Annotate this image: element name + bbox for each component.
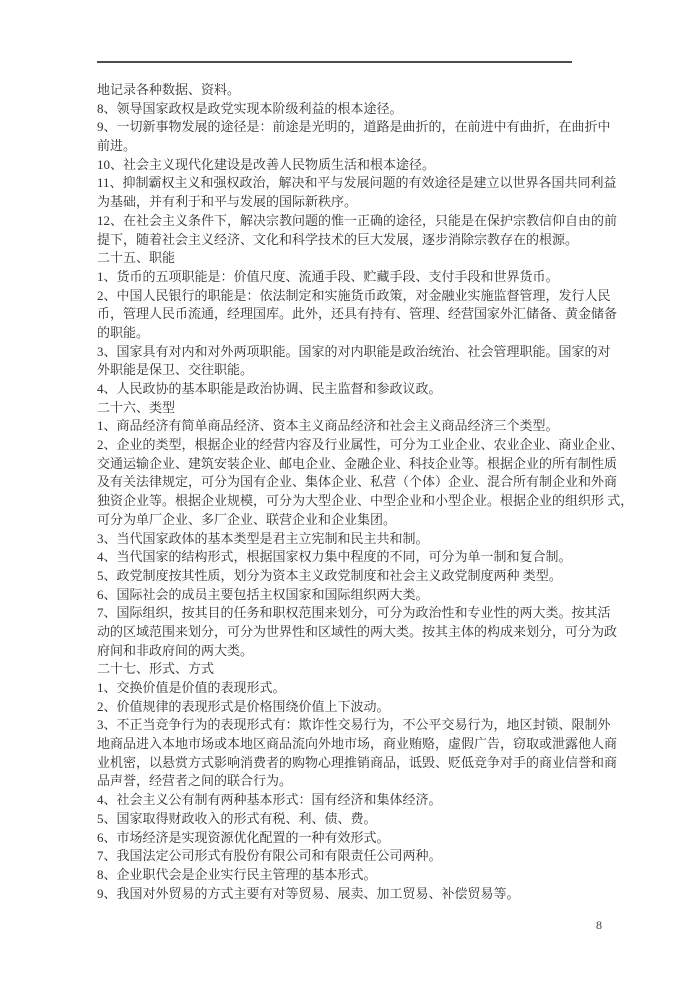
text-line: 11、抑制霸权主义和强权政治，解决和平与发展问题的有效途径是建立以世界各国共同利… — [97, 174, 609, 193]
text-line: 前进。 — [97, 137, 609, 156]
text-line: 及有关法律规定，可分为国有企业、集体企业、私营（个体）企业、混合所有制企业和外商 — [97, 473, 609, 492]
text-line: 府间和非政府间的两大类。 — [97, 642, 609, 661]
document-page: 地记录各种数据、资料。 8、领导国家政权是政党实现本阶级利益的根本途径。 9、一… — [0, 0, 700, 990]
text-line: 3、国家具有对内和对外两项职能。国家的对内职能是政治统治、社会管理职能。国家的对 — [97, 343, 609, 362]
text-line: 12、在社会主义条件下，解决宗教问题的惟一正确的途径，只能是在保护宗教信仰自由的… — [97, 212, 609, 231]
text-line: 9、一切新事物发展的途径是：前途是光明的，道路是曲折的，在前进中有曲折，在曲折中 — [97, 118, 609, 137]
text-line: 业机密，以悬赏方式影响消费者的购物心理推销商品，诋毁、贬低竞争对手的商业信誉和商 — [97, 754, 609, 773]
text-line: 4、人民政协的基本职能是政治协调、民主监督和参政议政。 — [97, 380, 609, 399]
text-line: 3、当代国家政体的基本类型是君主立宪制和民主共和制。 — [97, 530, 609, 549]
text-line: 1、货币的五项职能是：价值尺度、流通手段、贮藏手段、支付手段和世界货币。 — [97, 268, 609, 287]
text-line: 可分为单厂企业、多厂企业、联营企业和企业集团。 — [97, 511, 609, 530]
document-body: 地记录各种数据、资料。 8、领导国家政权是政党实现本阶级利益的根本途径。 9、一… — [97, 81, 609, 903]
text-line: 6、国际社会的成员主要包括主权国家和国际组织两大类。 — [97, 586, 609, 605]
text-line: 品声誉，经营者之间的联合行为。 — [97, 772, 609, 791]
text-line: 2、企业的类型，根据企业的经营内容及行业属性，可分为工业企业、农业企业、商业企业… — [97, 436, 609, 455]
text-line: 3、不正当竞争行为的表现形式有：欺诈性交易行为，不公平交易行为，地区封锁、限制外 — [97, 716, 609, 735]
page-number: 8 — [596, 918, 602, 933]
text-line: 独资企业等。根据企业规模，可分为大型企业、中型企业和小型企业。根据企业的组织形 … — [97, 492, 609, 511]
text-line: 8、领导国家政权是政党实现本阶级利益的根本途径。 — [97, 100, 609, 119]
text-line: 2、中国人民银行的职能是：依法制定和实施货币政策，对金融业实施监督管理，发行人民 — [97, 287, 609, 306]
text-line: 的职能。 — [97, 324, 609, 343]
text-line: 交通运输企业、建筑安装企业、邮电企业、金融企业、科技企业等。根据企业的所有制性质 — [97, 455, 609, 474]
text-line: 外职能是保卫、交往职能。 — [97, 361, 609, 380]
section-heading: 二十五、职能 — [97, 249, 609, 268]
text-line: 5、国家取得财政收入的形式有税、利、债、费。 — [97, 810, 609, 829]
text-line: 为基础，并有利于和平与发展的国际新秩序。 — [97, 193, 609, 212]
text-line: 7、国际组织，按其目的任务和职权范围来划分，可分为政治性和专业性的两大类。按其活 — [97, 604, 609, 623]
text-line: 1、交换价值是价值的表现形式。 — [97, 679, 609, 698]
text-line: 9、我国对外贸易的方式主要有对等贸易、展卖、加工贸易、补偿贸易等。 — [97, 885, 609, 904]
section-heading: 二十六、类型 — [97, 399, 609, 418]
text-line: 地记录各种数据、资料。 — [97, 81, 609, 100]
header-rule — [97, 61, 572, 63]
text-line: 8、企业职代会是企业实行民主管理的基本形式。 — [97, 866, 609, 885]
text-line: 10、社会主义现代化建设是改善人民物质生活和根本途径。 — [97, 156, 609, 175]
text-line: 提下，随着社会主义经济、文化和科学技术的巨大发展，逐步消除宗教存在的根源。 — [97, 231, 609, 250]
text-line: 1、商品经济有简单商品经济、资本主义商品经济和社会主义商品经济三个类型。 — [97, 417, 609, 436]
text-line: 4、社会主义公有制有两种基本形式：国有经济和集体经济。 — [97, 791, 609, 810]
section-heading: 二十七、形式、方式 — [97, 660, 609, 679]
text-line: 币，管理人民币流通，经理国库。此外，还具有持有、管理、经营国家外汇储备、黄金储备 — [97, 305, 609, 324]
text-line: 2、价值规律的表现形式是价格围绕价值上下波动。 — [97, 698, 609, 717]
text-line: 5、政党制度按其性质，划分为资本主义政党制度和社会主义政党制度两种 类型。 — [97, 567, 609, 586]
text-line: 4、当代国家的结构形式，根据国家权力集中程度的不同，可分为单一制和复合制。 — [97, 548, 609, 567]
text-line: 地商品进入本地市场或本地区商品流向外地市场，商业贿赂，虚假广告，窃取或泄露他人商 — [97, 735, 609, 754]
text-line: 7、我国法定公司形式有股份有限公司和有限责任公司两种。 — [97, 847, 609, 866]
text-line: 动的区域范围来划分，可分为世界性和区域性的两大类。按其主体的构成来划分，可分为政 — [97, 623, 609, 642]
text-line: 6、市场经济是实现资源优化配置的一种有效形式。 — [97, 829, 609, 848]
